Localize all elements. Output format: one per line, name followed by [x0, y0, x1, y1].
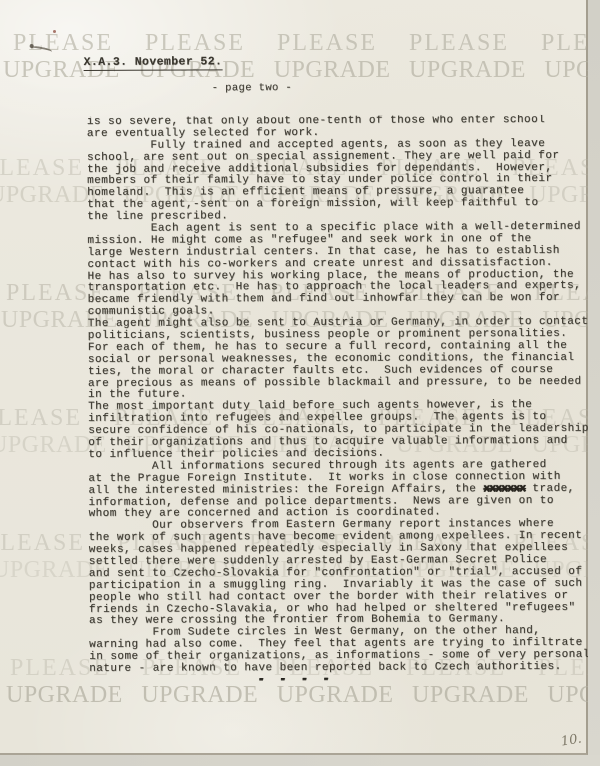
line-text: trade, [525, 482, 574, 494]
paper-edge-right [588, 0, 600, 766]
struck-out-word: xxxxxxx [483, 483, 525, 495]
page-label: - page two - [212, 82, 292, 94]
scanned-document-page: PLEASE PLEASE PLEASE PLEASE PLEASEUPGRAD… [0, 0, 600, 766]
typewritten-content: X.A.3. November 52. - page two - is so s… [0, 0, 600, 766]
paper-edge-bottom [0, 755, 600, 766]
handwritten-page-number: 10. [560, 731, 583, 749]
body-line: nature - are known to have been reported… [89, 662, 589, 676]
document-reference: X.A.3. November 52. [84, 55, 223, 71]
document-body: is so severe, that only about one-tenth … [87, 115, 589, 679]
end-of-document-dashes: - - - - [257, 671, 333, 686]
ink-speck [53, 30, 56, 33]
